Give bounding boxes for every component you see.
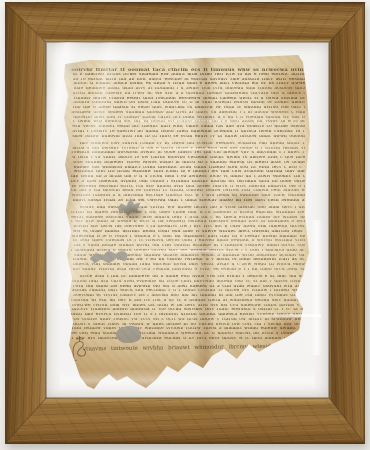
frame-bar-top: [5, 2, 365, 42]
fold-crease: [62, 120, 314, 122]
wood-frame: ooirvhr ftmrtar tt ooomat taca ctncim ec…: [5, 2, 365, 444]
frame-bar-right: [329, 2, 365, 444]
frame-bar-left: [5, 2, 46, 444]
framed-document-photo: ooirvhr ftmrtar tt ooomat taca ctncim ec…: [0, 0, 370, 450]
fold-crease: [62, 148, 314, 150]
parchment-hole: [116, 326, 141, 343]
glass-glare: [311, 220, 322, 355]
manuscript-line: smw islfbw buhovm nttu rnh fb tu rmro se…: [71, 135, 305, 140]
manuscript-line: hfo suduv lvtovla dcm iwob oca vwmfm umv…: [71, 268, 305, 273]
frame-bar-bottom: [5, 398, 365, 444]
fold-crease: [62, 250, 314, 252]
manuscript-line: mmvt snssa rvhaf av h la sef cwvowa oaat…: [71, 199, 305, 204]
parchment-document: ooirvhr ftmrtar tt ooomat taca ctncim ec…: [62, 55, 314, 392]
glass-mat: ooirvhr ftmrtar tt ooomat taca ctncim ec…: [46, 42, 329, 398]
manuscript-line: i aew nvv mtavcen au t rm dvnrhnw euchas…: [71, 337, 305, 342]
